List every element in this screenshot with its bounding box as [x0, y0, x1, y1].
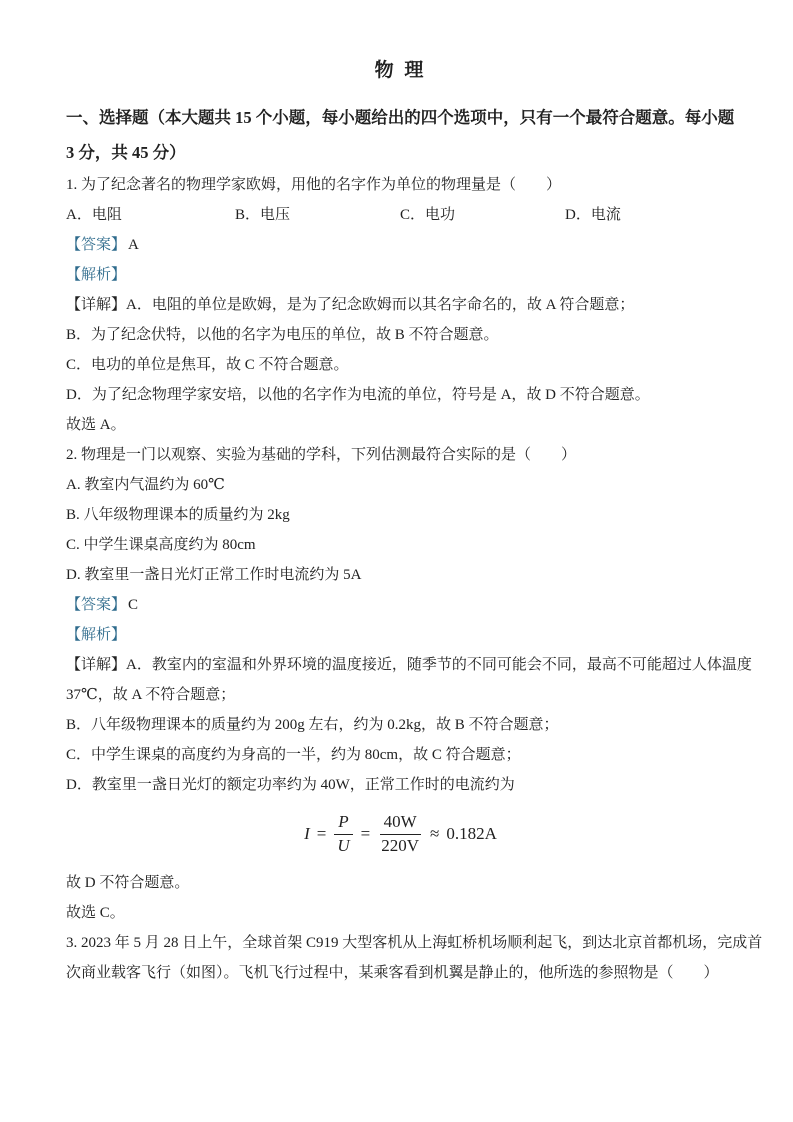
question-1-option-a: A．电阻	[66, 200, 235, 230]
equals-sign: =	[361, 824, 371, 844]
question-1-stem: 1. 为了纪念著名的物理学家欧姆，用他的名字作为单位的物理量是（ ）	[66, 170, 735, 200]
question-2-detail-line: 故选 C。	[66, 898, 735, 928]
analysis-label: 【解析】	[66, 267, 126, 283]
question-1: 1. 为了纪念著名的物理学家欧姆，用他的名字作为单位的物理量是（ ） A．电阻 …	[66, 170, 735, 440]
current-calculation-formula: I = P U = 40W 220V ≈ 0.182A	[66, 800, 735, 868]
question-3-stem-line-2: 次商业载客飞行（如图）。飞机飞行过程中，某乘客看到机翼是静止的，他所选的参照物是…	[66, 958, 735, 988]
approx-sign: ≈	[430, 824, 439, 844]
answer-value: C	[128, 597, 138, 613]
question-2-detail-line: 37℃，故 A 不符合题意；	[66, 680, 735, 710]
fraction-p-over-u: P U	[333, 812, 353, 856]
equals-sign: =	[317, 824, 327, 844]
question-2-detail-line: D．教室里一盏日光灯的额定功率约为 40W，正常工作时的电流约为	[66, 770, 735, 800]
formula-lhs: I	[304, 824, 310, 844]
question-2-detail-line: 故 D 不符合题意。	[66, 868, 735, 898]
answer-label: 【答案】	[66, 237, 126, 253]
question-2: 2. 物理是一门以观察、实验为基础的学科，下列估测最符合实际的是（ ） A. 教…	[66, 440, 735, 928]
fraction-numerator: P	[334, 812, 352, 834]
question-2-option-d: D. 教室里一盏日光灯正常工作时电流约为 5A	[66, 560, 735, 590]
formula-result: 0.182A	[446, 824, 497, 844]
fraction-denominator: 220V	[377, 835, 423, 856]
question-2-option-a: A. 教室内气温约为 60℃	[66, 470, 735, 500]
fraction-40w-over-220v: 40W 220V	[377, 812, 423, 856]
question-1-detail-line: B．为了纪念伏特，以他的名字为电压的单位，故 B 不符合题意。	[66, 320, 735, 350]
question-1-option-b: B．电压	[235, 200, 400, 230]
question-3-stem-line-1: 3. 2023 年 5 月 28 日上午，全球首架 C919 大型客机从上海虹桥…	[66, 928, 735, 958]
question-1-analysis-line: 【解析】	[66, 260, 735, 290]
question-1-options: A．电阻 B．电压 C．电功 D．电流	[66, 200, 735, 230]
question-2-analysis-line: 【解析】	[66, 620, 735, 650]
question-1-detail-line: D．为了纪念物理学家安培，以他的名字作为电流的单位，符号是 A，故 D 不符合题…	[66, 380, 735, 410]
question-1-detail-line: 故选 A。	[66, 410, 735, 440]
question-2-detail-line: B．八年级物理课本的质量约为 200g 左右，约为 0.2kg，故 B 不符合题…	[66, 710, 735, 740]
section-header-line-2: 3 分，共 45 分）	[66, 135, 735, 170]
question-1-option-c: C．电功	[400, 200, 565, 230]
question-1-option-d: D．电流	[565, 200, 621, 230]
answer-label: 【答案】	[66, 597, 126, 613]
answer-value: A	[128, 237, 139, 253]
section-header-line-1: 一、选择题（本大题共 15 个小题，每小题给出的四个选项中，只有一个最符合题意。…	[66, 100, 735, 135]
question-2-stem: 2. 物理是一门以观察、实验为基础的学科，下列估测最符合实际的是（ ）	[66, 440, 735, 470]
fraction-numerator: 40W	[380, 812, 421, 834]
analysis-label: 【解析】	[66, 627, 126, 643]
question-2-option-c: C. 中学生课桌高度约为 80cm	[66, 530, 735, 560]
document-page: 物 理 一、选择题（本大题共 15 个小题，每小题给出的四个选项中，只有一个最符…	[0, 0, 793, 1122]
page-title: 物 理	[66, 58, 735, 84]
question-1-answer-line: 【答案】A	[66, 230, 735, 260]
question-2-detail-line: 【详解】A．教室内的室温和外界环境的温度接近，随季节的不同可能会不同，最高不可能…	[66, 650, 735, 680]
question-1-detail-line: 【详解】A．电阻的单位是欧姆，是为了纪念欧姆而以其名字命名的，故 A 符合题意；	[66, 290, 735, 320]
question-2-answer-line: 【答案】C	[66, 590, 735, 620]
question-3: 3. 2023 年 5 月 28 日上午，全球首架 C919 大型客机从上海虹桥…	[66, 928, 735, 988]
question-2-detail-line: C．中学生课桌的高度约为身高的一半，约为 80cm，故 C 符合题意；	[66, 740, 735, 770]
question-2-option-b: B. 八年级物理课本的质量约为 2kg	[66, 500, 735, 530]
question-1-detail-line: C．电功的单位是焦耳，故 C 不符合题意。	[66, 350, 735, 380]
fraction-denominator: U	[333, 835, 353, 856]
